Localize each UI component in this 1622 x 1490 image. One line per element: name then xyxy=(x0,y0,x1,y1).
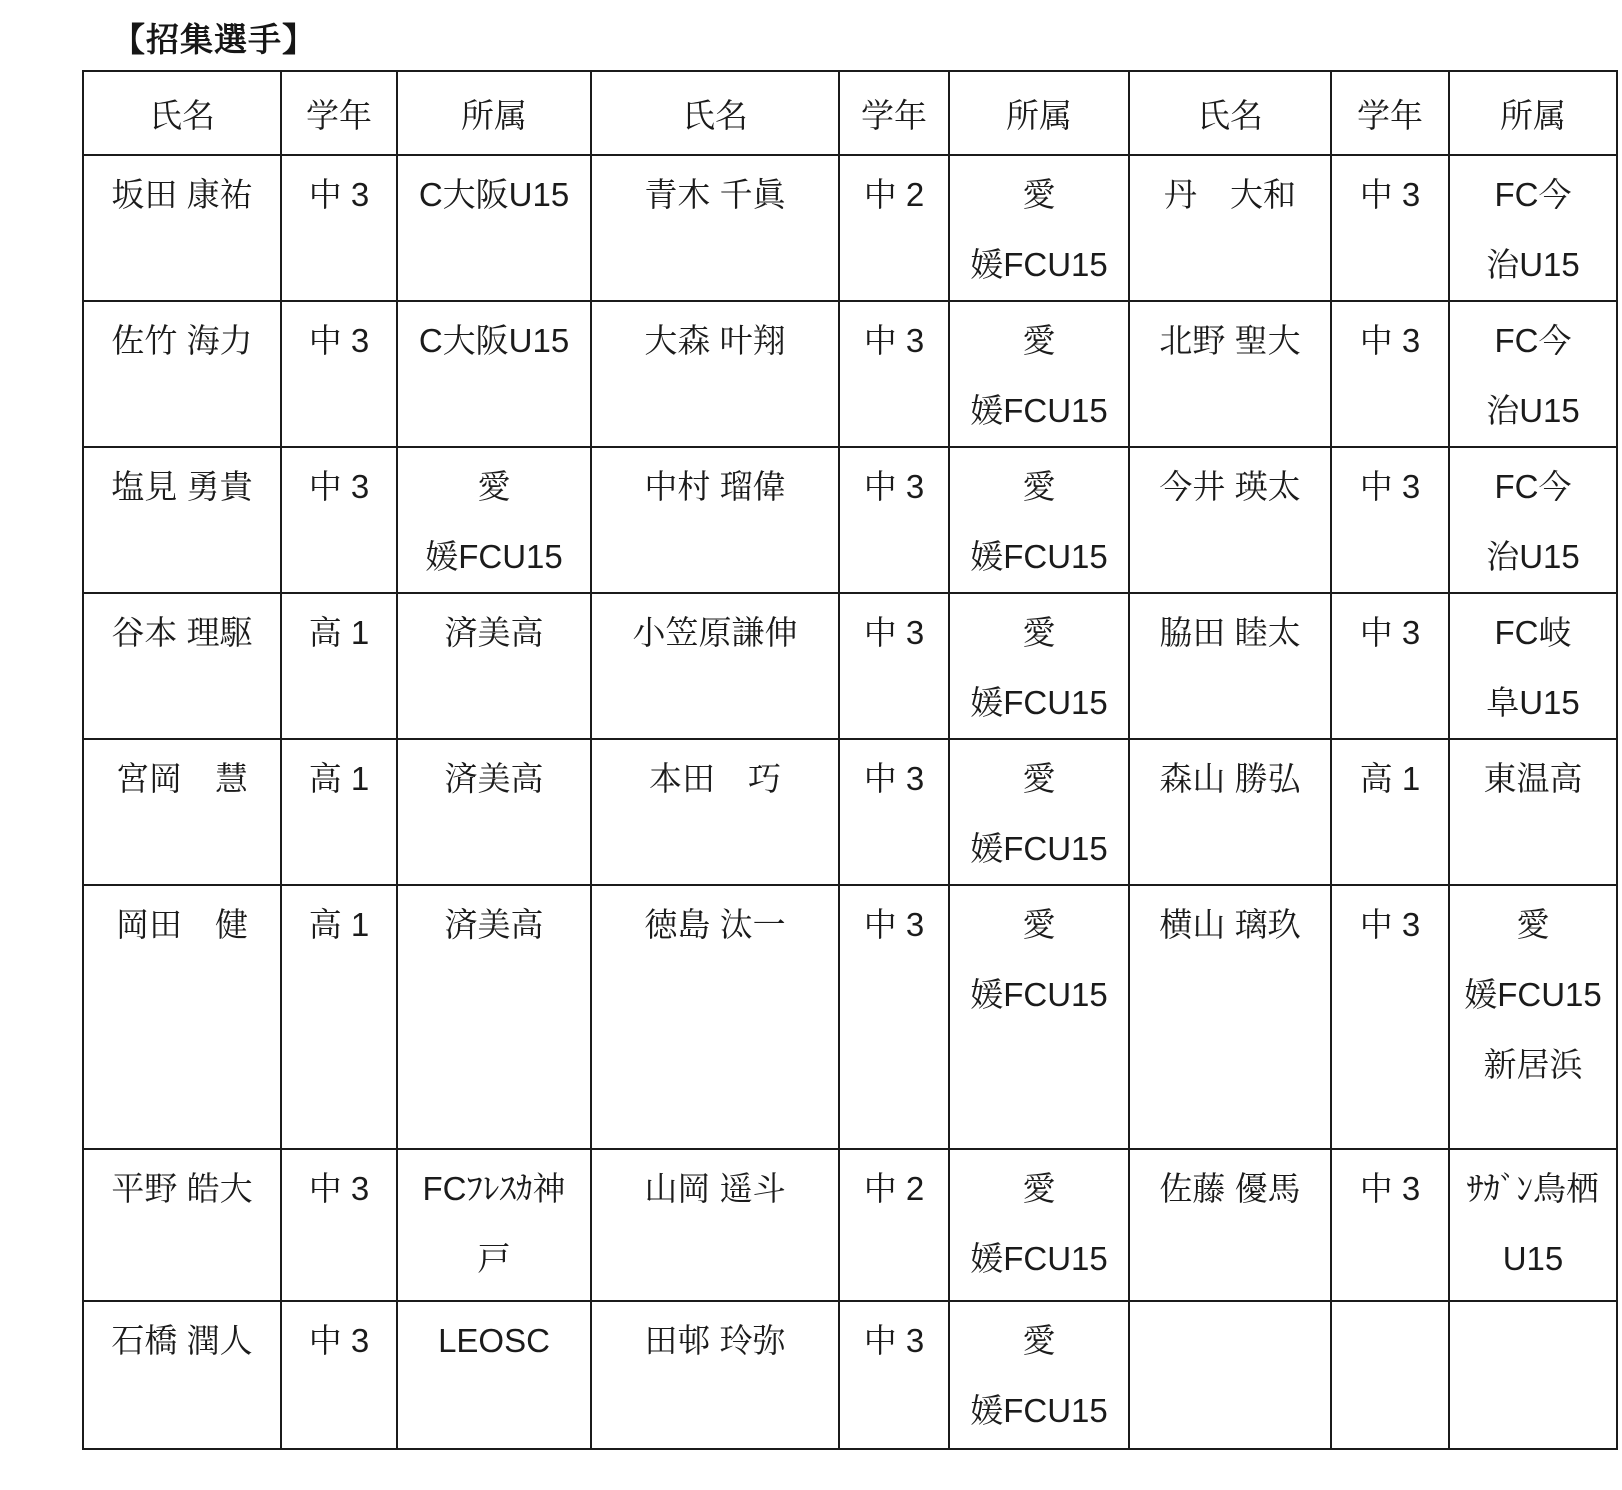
col-header-grade-2: 学年 xyxy=(839,71,949,155)
name-cell: 平野 皓大 xyxy=(83,1149,281,1301)
club-cell: ｻｶﾞﾝ鳥栖 U15 xyxy=(1449,1149,1617,1301)
club-cell: 愛 媛FCU15 xyxy=(949,1149,1129,1301)
club-cell: 愛 媛FCU15 xyxy=(949,447,1129,593)
grade-cell: 高 1 xyxy=(281,739,397,885)
grade-cell: 中 3 xyxy=(839,447,949,593)
grade-cell: 中 3 xyxy=(281,1301,397,1449)
name-cell: 青木 千眞 xyxy=(591,155,839,301)
name-cell: 佐竹 海力 xyxy=(83,301,281,447)
grade-cell: 中 3 xyxy=(1331,593,1449,739)
col-header-grade-3: 学年 xyxy=(1331,71,1449,155)
col-header-grade-1: 学年 xyxy=(281,71,397,155)
grade-cell: 中 3 xyxy=(839,739,949,885)
table-row: 平野 皓大 中 3 FCﾌﾚｽｶ神 戸 山岡 遥斗 中 2 愛 媛FCU15 佐… xyxy=(83,1149,1617,1301)
club-cell: FC岐 阜U15 xyxy=(1449,593,1617,739)
grade-cell: 中 3 xyxy=(281,155,397,301)
grade-cell: 中 3 xyxy=(839,301,949,447)
name-cell: 横山 璃玖 xyxy=(1129,885,1331,1149)
name-cell: 谷本 理駆 xyxy=(83,593,281,739)
grade-cell: 中 3 xyxy=(1331,447,1449,593)
club-cell: C大阪U15 xyxy=(397,301,591,447)
name-cell: 小笠原謙伸 xyxy=(591,593,839,739)
grade-cell: 中 3 xyxy=(281,447,397,593)
table-row: 石橋 潤人 中 3 LEOSC 田邨 玲弥 中 3 愛 媛FCU15 xyxy=(83,1301,1617,1449)
club-cell: FC今 治U15 xyxy=(1449,447,1617,593)
club-cell: 愛 媛FCU15 xyxy=(949,155,1129,301)
col-header-club-3: 所属 xyxy=(1449,71,1617,155)
grade-cell: 中 2 xyxy=(839,1149,949,1301)
grade-cell: 高 1 xyxy=(1331,739,1449,885)
name-cell: 本田 巧 xyxy=(591,739,839,885)
grade-cell: 中 3 xyxy=(1331,1149,1449,1301)
grade-cell: 中 3 xyxy=(1331,155,1449,301)
document-page: 【招集選手】 氏名 学年 所属 氏名 学年 所属 氏名 学年 所属 坂田 康祐 … xyxy=(0,0,1622,1490)
name-cell: 山岡 遥斗 xyxy=(591,1149,839,1301)
grade-cell: 中 3 xyxy=(281,1149,397,1301)
name-cell: 今井 瑛太 xyxy=(1129,447,1331,593)
col-header-name-2: 氏名 xyxy=(591,71,839,155)
club-cell: 済美高 xyxy=(397,593,591,739)
header-row: 氏名 学年 所属 氏名 学年 所属 氏名 学年 所属 xyxy=(83,71,1617,155)
name-cell: 丹 大和 xyxy=(1129,155,1331,301)
name-cell: 石橋 潤人 xyxy=(83,1301,281,1449)
name-cell: 森山 勝弘 xyxy=(1129,739,1331,885)
grade-cell: 中 3 xyxy=(839,1301,949,1449)
grade-cell xyxy=(1331,1301,1449,1449)
name-cell: 坂田 康祐 xyxy=(83,155,281,301)
club-cell: 済美高 xyxy=(397,885,591,1149)
grade-cell: 中 3 xyxy=(1331,885,1449,1149)
club-cell: 済美高 xyxy=(397,739,591,885)
table-row: 谷本 理駆 高 1 済美高 小笠原謙伸 中 3 愛 媛FCU15 脇田 睦太 中… xyxy=(83,593,1617,739)
grade-cell: 中 3 xyxy=(1331,301,1449,447)
col-header-club-2: 所属 xyxy=(949,71,1129,155)
club-cell: FC今 治U15 xyxy=(1449,155,1617,301)
club-cell: 東温高 xyxy=(1449,739,1617,885)
col-header-club-1: 所属 xyxy=(397,71,591,155)
club-cell: FCﾌﾚｽｶ神 戸 xyxy=(397,1149,591,1301)
name-cell: 岡田 健 xyxy=(83,885,281,1149)
name-cell: 脇田 睦太 xyxy=(1129,593,1331,739)
table-row: 塩見 勇貴 中 3 愛 媛FCU15 中村 瑠偉 中 3 愛 媛FCU15 今井… xyxy=(83,447,1617,593)
grade-cell: 中 3 xyxy=(281,301,397,447)
name-cell: 北野 聖大 xyxy=(1129,301,1331,447)
name-cell: 徳島 汰一 xyxy=(591,885,839,1149)
table-row: 佐竹 海力 中 3 C大阪U15 大森 叶翔 中 3 愛 媛FCU15 北野 聖… xyxy=(83,301,1617,447)
name-cell: 中村 瑠偉 xyxy=(591,447,839,593)
name-cell: 佐藤 優馬 xyxy=(1129,1149,1331,1301)
club-cell xyxy=(1449,1301,1617,1449)
grade-cell: 中 2 xyxy=(839,155,949,301)
name-cell xyxy=(1129,1301,1331,1449)
col-header-name-3: 氏名 xyxy=(1129,71,1331,155)
table-row: 岡田 健 高 1 済美高 徳島 汰一 中 3 愛 媛FCU15 横山 璃玖 中 … xyxy=(83,885,1617,1149)
grade-cell: 中 3 xyxy=(839,885,949,1149)
club-cell: 愛 媛FCU15 xyxy=(949,593,1129,739)
club-cell: 愛 媛FCU15 新居浜 xyxy=(1449,885,1617,1149)
page-title: 【招集選手】 xyxy=(112,14,316,61)
grade-cell: 高 1 xyxy=(281,593,397,739)
grade-cell: 中 3 xyxy=(839,593,949,739)
table-row: 坂田 康祐 中 3 C大阪U15 青木 千眞 中 2 愛 媛FCU15 丹 大和… xyxy=(83,155,1617,301)
name-cell: 宮岡 慧 xyxy=(83,739,281,885)
col-header-name-1: 氏名 xyxy=(83,71,281,155)
name-cell: 田邨 玲弥 xyxy=(591,1301,839,1449)
club-cell: 愛 媛FCU15 xyxy=(949,1301,1129,1449)
club-cell: 愛 媛FCU15 xyxy=(949,739,1129,885)
club-cell: 愛 媛FCU15 xyxy=(949,885,1129,1149)
roster-table: 氏名 学年 所属 氏名 学年 所属 氏名 学年 所属 坂田 康祐 中 3 C大阪… xyxy=(82,70,1618,1450)
name-cell: 大森 叶翔 xyxy=(591,301,839,447)
grade-cell: 高 1 xyxy=(281,885,397,1149)
club-cell: FC今 治U15 xyxy=(1449,301,1617,447)
name-cell: 塩見 勇貴 xyxy=(83,447,281,593)
club-cell: C大阪U15 xyxy=(397,155,591,301)
club-cell: 愛 媛FCU15 xyxy=(949,301,1129,447)
club-cell: 愛 媛FCU15 xyxy=(397,447,591,593)
table-row: 宮岡 慧 高 1 済美高 本田 巧 中 3 愛 媛FCU15 森山 勝弘 高 1… xyxy=(83,739,1617,885)
club-cell: LEOSC xyxy=(397,1301,591,1449)
